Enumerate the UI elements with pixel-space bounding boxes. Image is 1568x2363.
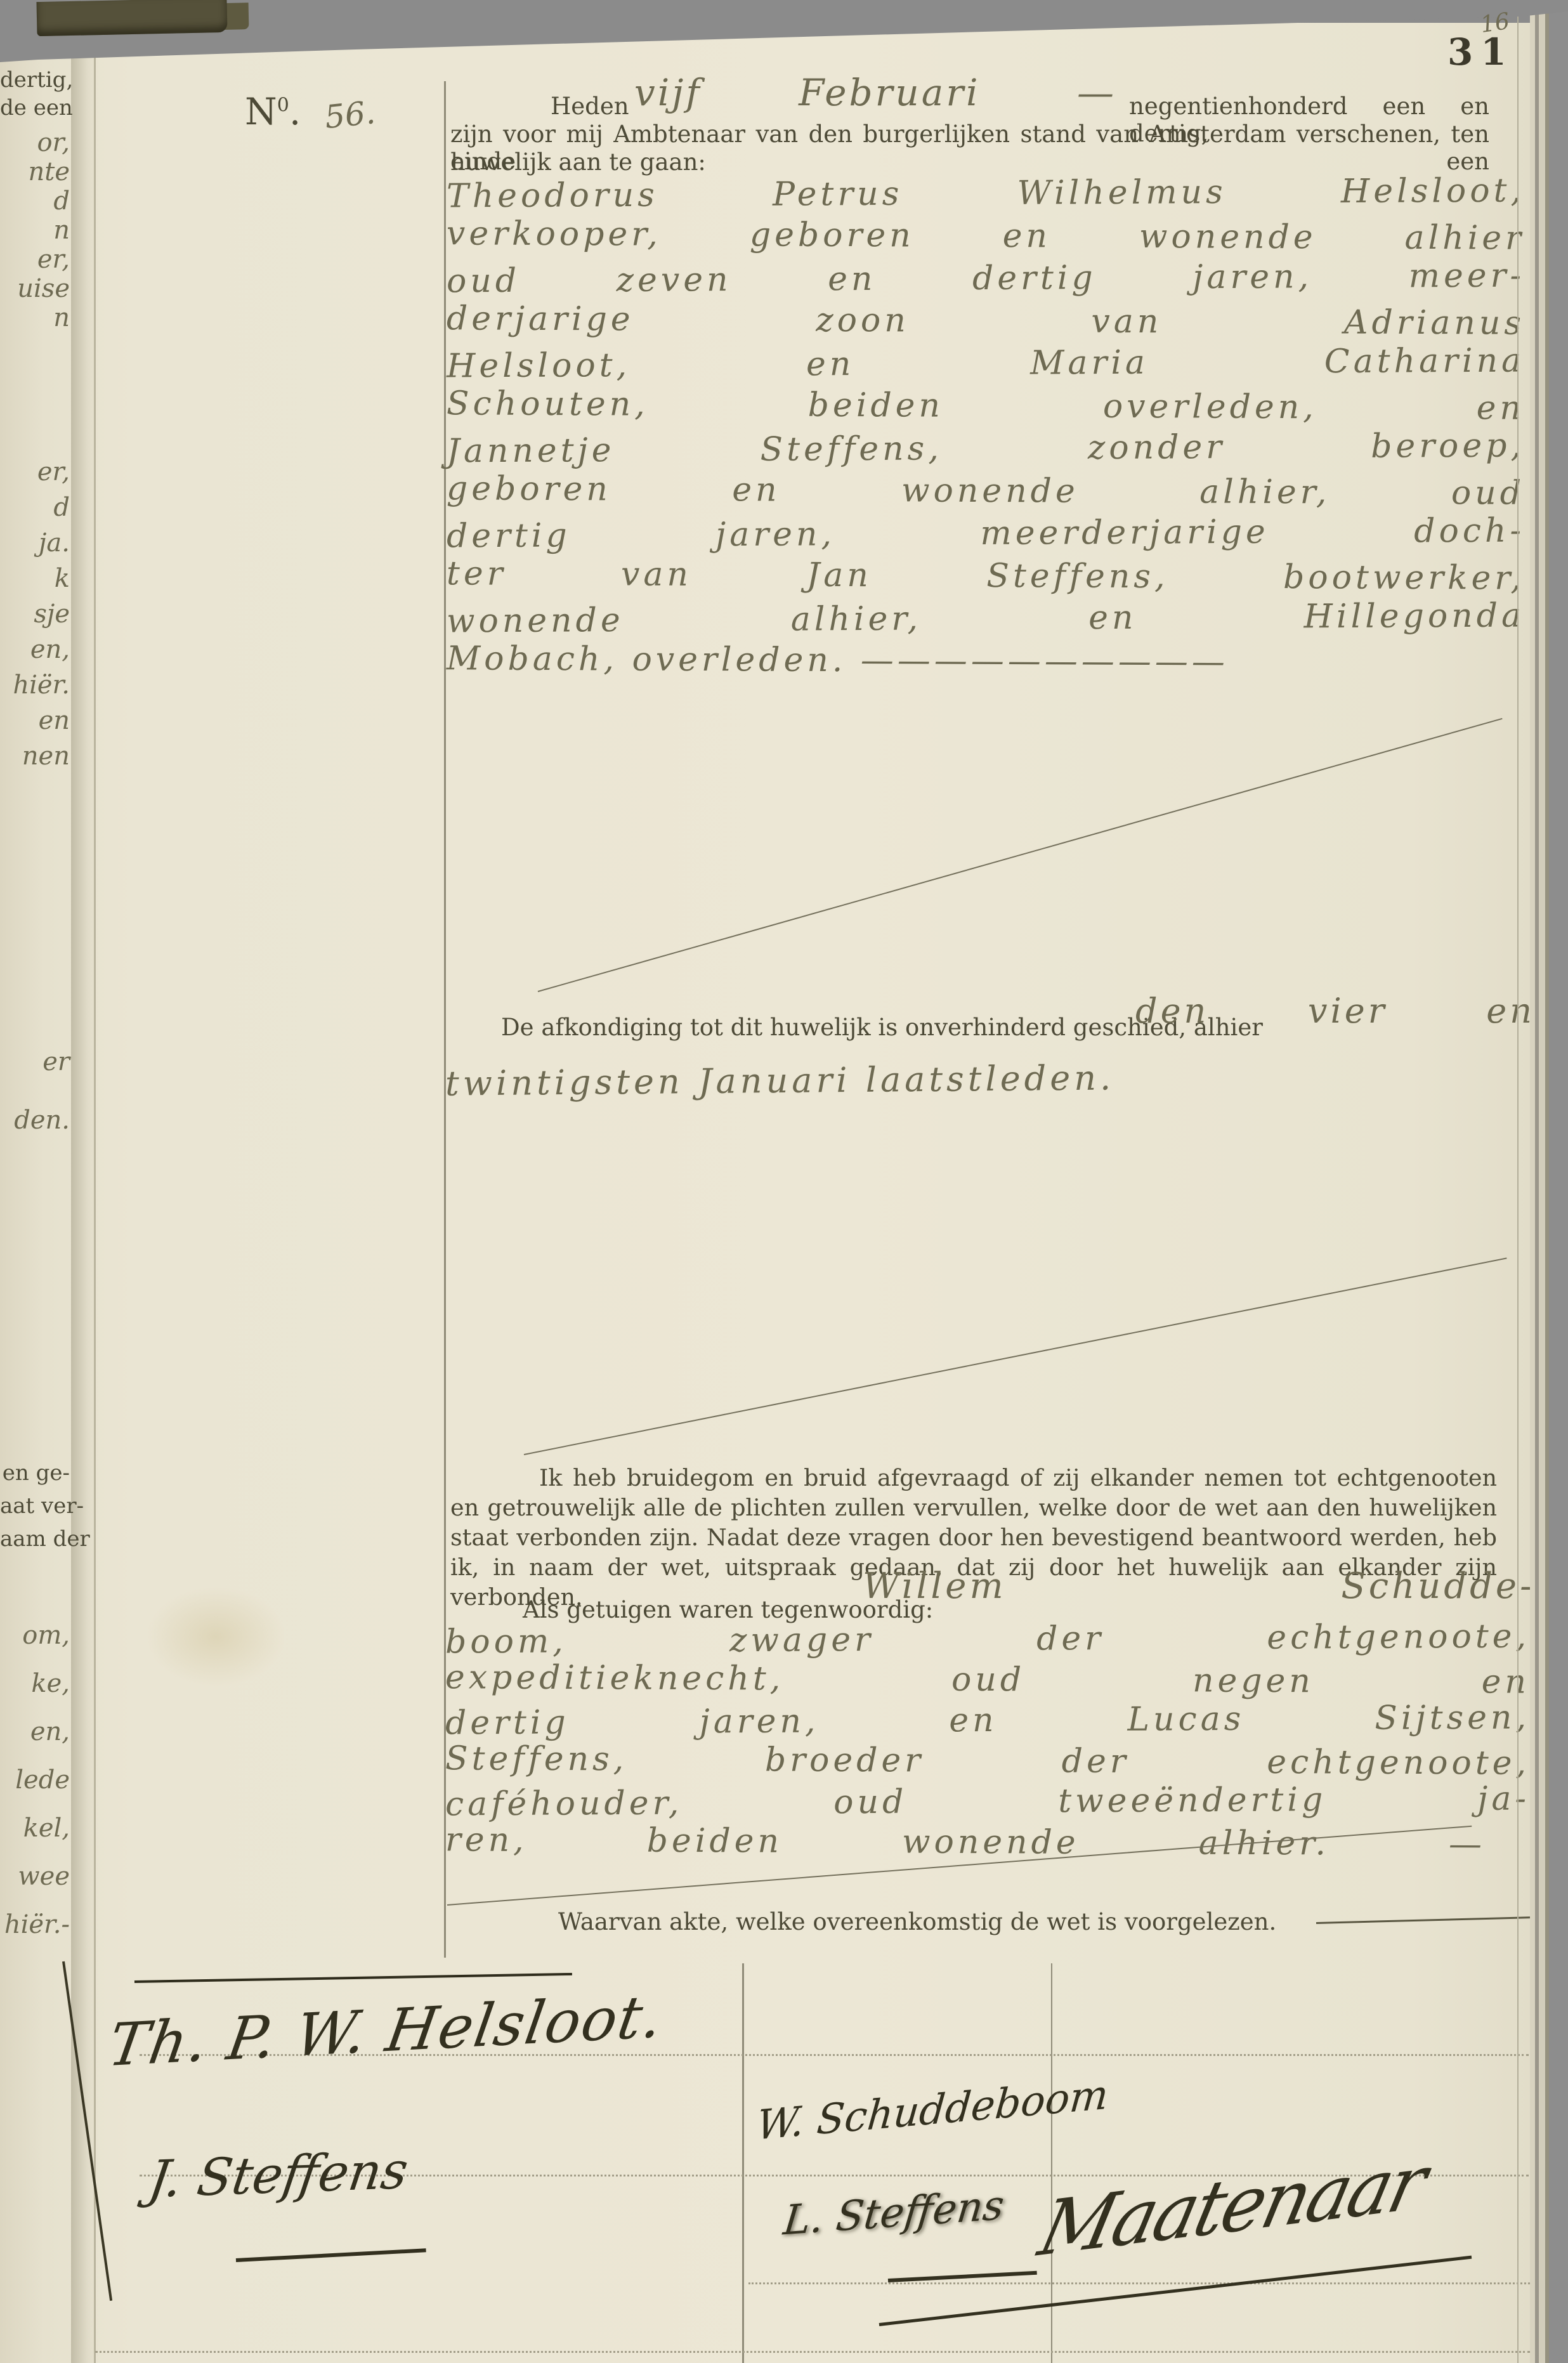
parties-line: oud zeven en dertig jaren, meer-	[447, 255, 1525, 303]
prev-fragment: kel,	[0, 1804, 70, 1852]
parties-line: geboren en wonende alhier, oud	[447, 468, 1525, 514]
page-edge-strip	[1530, 0, 1535, 2363]
prev-page-printed-fragments: dertig, de een	[0, 66, 72, 122]
witnesses-line: boom, zwager der echtgenoote,	[445, 1616, 1530, 1663]
prev-page-written-fragments-bottom: om, ke, en, lede kel, wee hiër.-	[0, 1611, 72, 1949]
parties-line: derjarige zoon van Adrianus	[447, 298, 1525, 344]
witnesses-entry: boom, zwager der echtgenoote, expeditiek…	[445, 1619, 1530, 1862]
prev-fragment: aam der	[0, 1522, 70, 1555]
act-number-label: N	[245, 90, 277, 133]
prev-fragment: d	[0, 187, 70, 216]
parties-line: Helsloot, en Maria Catharina	[447, 340, 1525, 388]
witnesses-entry-intro: Willem Schudde-	[863, 1566, 1535, 1607]
prev-fragment: en ge-	[0, 1456, 70, 1489]
parties-line: verkooper, geboren en wonende alhier	[447, 213, 1525, 259]
page-edge-line	[1517, 0, 1519, 2363]
prev-fragment: om,	[0, 1611, 70, 1659]
prev-fragment: en,	[0, 1708, 70, 1756]
prev-page-printed-fragments-mid: en ge- aat ver- aam der	[0, 1456, 72, 1555]
page-fold-line	[94, 0, 96, 2363]
parties-line: dertig jaren, meerderjarige doch-	[447, 510, 1525, 558]
prev-fragment: d	[0, 490, 70, 525]
scanned-register-page: dertig, de een or, nte d n er, uise n er…	[0, 0, 1568, 2363]
prev-fragment: de een	[0, 94, 70, 122]
signature-bride: J. Steffens	[145, 2141, 412, 2209]
prev-fragment: uise	[0, 274, 70, 303]
prev-fragment: dertig,	[0, 66, 70, 94]
prev-fragment: hiër.	[0, 667, 70, 703]
header-line3: huwelijk aan te gaan:	[450, 148, 706, 176]
prev-page-written-fragments-mid: er, d ja. k sje en, hiër. en nen	[0, 454, 72, 774]
prev-fragment: en	[0, 703, 70, 738]
prev-fragment: or,	[0, 128, 70, 157]
prev-fragment: n	[0, 303, 70, 332]
act-number-sup: 0	[277, 95, 289, 117]
witnesses-line: dertig jaren, en Lucas Sijtsen,	[445, 1698, 1530, 1744]
parties-line: Jannetje Steffens, zonder beroep,	[447, 425, 1525, 473]
prev-fragment: k	[0, 561, 70, 596]
witnesses-line: caféhouder, oud tweeëndertig ja-	[445, 1779, 1530, 1825]
act-number-value: 56.	[323, 94, 377, 136]
parties-line: wonende alhier, en Hillegonda	[447, 595, 1525, 643]
prev-fragment: hiër.-	[0, 1901, 70, 1949]
parties-line: Schouten, beiden overleden, en	[447, 383, 1525, 429]
signature-dotted-line	[748, 2282, 1530, 2284]
parties-line: ter van Jan Steffens, bootwerker,	[447, 553, 1525, 599]
corner-mark: 16	[1479, 8, 1511, 38]
banns-entry-line2: twintigsten Januari laatstleden.	[445, 1057, 1115, 1103]
witnesses-line: expeditieknecht, oud negen en	[445, 1657, 1530, 1702]
banns-entry-line1: den vier en	[1135, 991, 1535, 1031]
prev-fragment: er	[0, 1033, 70, 1091]
prev-fragment: nen	[0, 738, 70, 774]
header-heden: Heden	[551, 93, 629, 120]
parties-line: Mobach, overleden. ——————————	[447, 638, 1525, 684]
prev-fragment: sje	[0, 596, 70, 632]
act-number: N0.	[245, 90, 301, 133]
page-edge-strip	[1539, 0, 1545, 2363]
act-number-dot: .	[289, 90, 301, 133]
page-number: 31	[1447, 30, 1514, 74]
prev-page-written-fragments-top: or, nte d n er, uise n	[0, 128, 72, 332]
parties-entry: Theodorus Petrus Wilhelmus Helsloot, ver…	[447, 173, 1525, 683]
prev-fragment: den.	[0, 1091, 70, 1149]
signature-grid-vline	[742, 1963, 744, 2363]
prev-fragment: wee	[0, 1852, 70, 1901]
prev-fragment: ja.	[0, 525, 70, 561]
prev-fragment: lede	[0, 1756, 70, 1804]
witnesses-line: ren, beiden wonende alhier. —	[445, 1819, 1486, 1864]
prev-fragment: ke,	[0, 1659, 70, 1708]
witnesses-line: Steffens, broeder der echtgenoote,	[445, 1738, 1530, 1783]
prev-fragment: er,	[0, 245, 70, 274]
prev-fragment: aat ver-	[0, 1489, 70, 1522]
signature-dotted-line	[95, 2351, 1530, 2353]
parties-line: Theodorus Petrus Wilhelmus Helsloot,	[447, 170, 1525, 218]
header-date-entry: vijf Februari —	[634, 71, 1116, 114]
book-binding	[36, 0, 227, 36]
prev-fragment: en,	[0, 632, 70, 667]
prev-fragment: n	[0, 216, 70, 245]
closing-line: Waarvan akte, welke overeenkomstig de we…	[558, 1908, 1276, 1935]
prev-fragment: er,	[0, 454, 70, 490]
prev-page-written-fragments-low: er den.	[0, 1033, 72, 1149]
scanner-background-right	[1549, 0, 1568, 2363]
prev-fragment: nte	[0, 157, 70, 187]
